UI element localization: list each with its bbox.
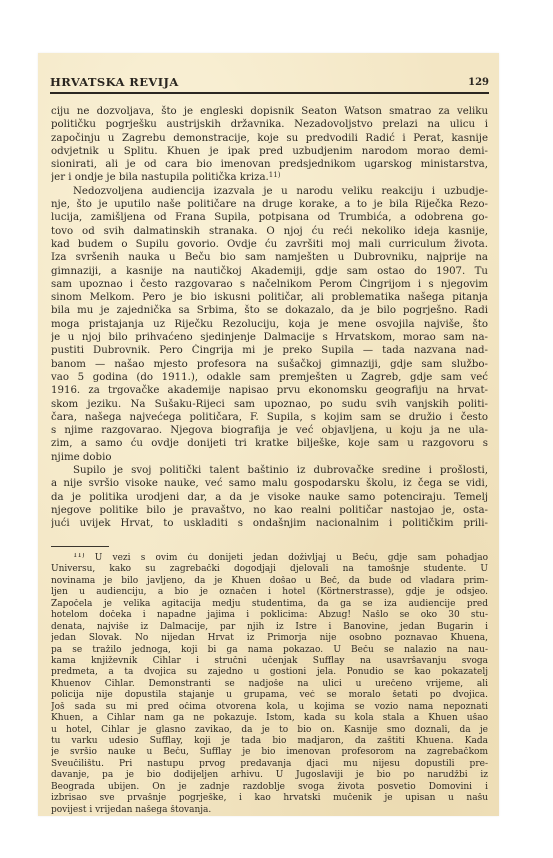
text-line: ciju ne dozvoljava, što je engleski dopi… <box>51 105 488 118</box>
running-header: HRVATSKA REVIJA 129 <box>50 71 491 91</box>
text-line: sam upoznao i često razgovarao s načelni… <box>51 278 488 291</box>
text-line: odvjetnik u Splitu. Khuen je ipak pred u… <box>51 145 488 158</box>
footnote-line: policija nije dopustila stajanje u grupa… <box>51 690 488 701</box>
footnote-line: Khuen, a Cihlar nam ga ne pokazuje. Isto… <box>51 713 488 724</box>
footnote-line: davanje, pa je bio dodijeljen arhivu. U … <box>51 770 488 781</box>
journal-title: HRVATSKA REVIJA <box>50 75 179 89</box>
text-line: lucija, zamišljena od Frana Supila, potp… <box>51 211 488 224</box>
footnote-line: tu varku udesio Sufflay, koji je tada bi… <box>51 736 488 747</box>
text-line: 1916. za trgovačke akademije napisao prv… <box>51 384 488 397</box>
text-line: da je politika urodjeni dar, a da je vis… <box>51 491 488 504</box>
footnote-block: 11) U vezi s ovim ću donijeti jedan doži… <box>51 541 488 816</box>
text-line: Supilo je svoj politički talent baštinio… <box>51 464 488 477</box>
header-rule <box>50 92 489 94</box>
footnote-reference: 11) <box>269 171 281 179</box>
footnote-line: kama književnik Cihlar i stručni učenjak… <box>51 656 488 667</box>
text-line: zim, a samo ću ovdje donijeti tri kratke… <box>51 437 488 450</box>
text-line: započinju u Zagrebu demonstracije, koje … <box>51 132 488 145</box>
text-line: njime dobio <box>51 451 488 464</box>
footnote-line: povijest i vrijedan našega štovanja. <box>51 805 488 816</box>
text-line: kad budem o Supilu govorio. Ovdje ću zav… <box>51 238 488 251</box>
footnote-line: izbrisao sve prvašnje pogrješke, i kao h… <box>51 793 488 804</box>
text-line: političku pogrješku austrijskih državnik… <box>51 118 488 131</box>
text-line: a nije svršio visoke nauke, već samo mal… <box>51 477 488 490</box>
text-line: Iza svršenih nauka u Beču bio sam namješ… <box>51 251 488 264</box>
footnote-line: Beograda ubijen. On je zadnje razdoblje … <box>51 782 488 793</box>
footnote-marker: 11) <box>73 553 85 559</box>
scanned-page: HRVATSKA REVIJA 129 ciju ne dozvoljava, … <box>38 53 499 816</box>
text-line: jući uvijek Hrvat, to uskladiti s ondašn… <box>51 517 488 530</box>
footnote-line: u hotel, Cihlar je glasno zavikao, da je… <box>51 725 488 736</box>
text-line: banom — našao mjesto profesora na sušačk… <box>51 358 488 371</box>
text-line: čara, našega najvećega političara, F. Su… <box>51 411 488 424</box>
footnote-line: Još sada su mi pred očima otvorena kola,… <box>51 702 488 713</box>
text-line: njegove politike bilo je pravaštvo, no k… <box>51 504 488 517</box>
text-line: moga pristajanja uz Riječku Rezoluciju, … <box>51 318 488 331</box>
text-line: nje, što je uputilo naše političare na d… <box>51 198 488 211</box>
footnote-line: Sveučilištu. Pri nastupu prvog predavanj… <box>51 759 488 770</box>
footnote-line: pa se tražilo jednoga, koji bi ga nama p… <box>51 645 488 656</box>
footnote-line: Khuenov Cihlar. Demonstranti se nadjoše … <box>51 679 488 690</box>
footnote-line: ljen u audienciju, a bio je označen i ho… <box>51 587 488 598</box>
text-line: je u njoj bilo prihvaćeno sjedinjenje Da… <box>51 331 488 344</box>
main-text: ciju ne dozvoljava, što je engleski dopi… <box>51 105 488 531</box>
footnote-line: Započela je velika agitacija medju stude… <box>51 599 488 610</box>
text-line: jer i ondje je bila nastupila politička … <box>51 171 488 184</box>
text-line: bila mu je zajednička sa Srbima, što se … <box>51 304 488 317</box>
footnote-line: novinama je bilo javljeno, da je Khuen d… <box>51 576 488 587</box>
text-line: vao 5 godina (do 1911.), odakle sam prem… <box>51 371 488 384</box>
text-line: skom jeziku. Na Sušaku-Rijeci sam upozna… <box>51 398 488 411</box>
footnote-line: jedan Slovak. No nijedan Hrvat iz Primor… <box>51 633 488 644</box>
text-line: sinom Melkom. Pero je bio iskusni politi… <box>51 291 488 304</box>
footnote-line: Universu, kako su zagrebački dogodjaji d… <box>51 564 488 575</box>
text-line: tovo od svih dalmatinskih stranaka. O nj… <box>51 225 488 238</box>
footnote-line: 11) U vezi s ovim ću donijeti jedan doži… <box>51 553 488 564</box>
footnote-line: je svršio nauke u Beču, Sufflay je bio i… <box>51 747 488 758</box>
text-line: sionirati, ali je od cara bio imenovan p… <box>51 158 488 171</box>
page-number: 129 <box>468 77 489 88</box>
text-line: pustiti Dubrovnik. Pero Čingrija mi je p… <box>51 344 488 357</box>
text-line: gimnaziji, a kasnije na nautičkoj Akadem… <box>51 265 488 278</box>
footnote-line: predmeta, a ta dvojica su zajedno u gost… <box>51 667 488 678</box>
footnote-line: hotelom dočeka i napadne jajima i poklic… <box>51 610 488 621</box>
footnote-line: denata, najviše iz Dalmacije, par njih i… <box>51 622 488 633</box>
text-line: s njime razgovarao. Njegova biografija j… <box>51 424 488 437</box>
text-line: Nedozvoljena audiencija izazvala je u na… <box>51 185 488 198</box>
